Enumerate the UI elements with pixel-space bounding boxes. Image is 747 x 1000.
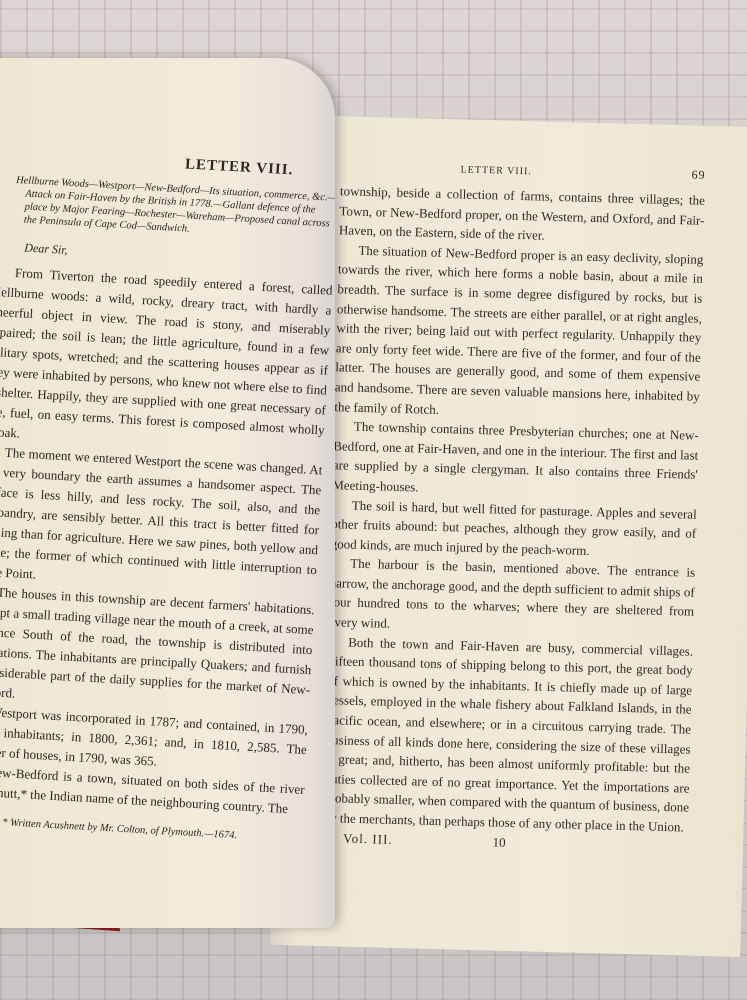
letter-heading: LETTER VIII. [139,154,335,182]
paragraph: The situation of New-Bedford proper is a… [334,240,703,426]
left-page-content: LETTER VIII. Hellburne Woods—Westport—Ne… [0,146,335,845]
footnote: * Written Acushnett by Mr. Colton, of Pl… [2,817,302,845]
paragraph: The township contains three Presbyterian… [332,416,699,504]
right-page-content: LETTER VIII. 69 township, beside a colle… [323,158,706,855]
paragraph: township, beside a collection of farms, … [339,181,705,249]
left-page: LETTER VIII. Hellburne Woods—Westport—Ne… [0,58,335,928]
paragraph: The moment we entered Westport the scene… [0,442,323,601]
paragraph: From Tiverton the road speedily entered … [0,262,333,461]
paragraph: The harbour is the basin, mentioned abov… [328,553,695,641]
paragraph: The houses in this township are decent f… [0,581,315,720]
chapter-summary: Hellburne Woods—Westport—New-Bedford—Its… [0,173,335,244]
paragraph: The soil is hard, but well fitted for pa… [331,495,697,563]
running-head-title: LETTER VIII. [460,164,532,177]
right-page: LETTER VIII. 69 township, beside a colle… [270,115,747,957]
paragraph: Both the town and Fair-Haven are busy, c… [323,632,693,837]
volume-label: Vol. III. [343,830,393,847]
running-head: LETTER VIII. 69 [340,158,705,183]
page-number: 69 [691,167,705,182]
signature-mark: 10 [492,834,505,850]
